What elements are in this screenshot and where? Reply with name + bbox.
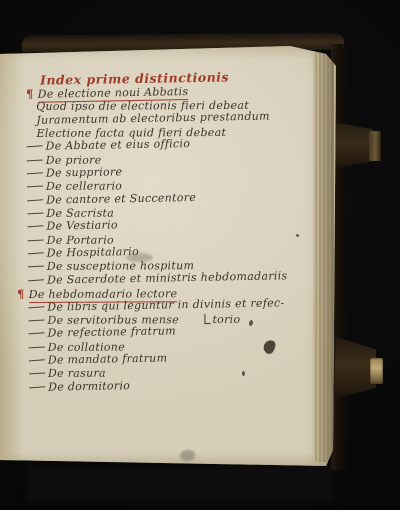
- line-text: De refectione fratrum: [47, 324, 176, 339]
- line-text: De dormitorio: [48, 379, 130, 394]
- line-lead-dash: [28, 252, 44, 254]
- line-lead-dash: [27, 199, 43, 201]
- line-lead-dash: [29, 346, 45, 348]
- book-clasp-upper: [333, 122, 383, 168]
- line-lead-dash: [27, 186, 43, 188]
- line-lead-dash: [28, 279, 44, 281]
- line-text: De suppriore: [46, 165, 123, 179]
- line-lead-dash: [27, 159, 43, 161]
- manuscript-photo: Index prime distinctionis ¶De electione …: [0, 0, 400, 510]
- clasp-metal-fitting: [369, 131, 381, 161]
- line-text: De mandato fratrum: [48, 351, 168, 366]
- line-lead-dash: [29, 386, 45, 388]
- line-text: De Vestiario: [46, 219, 118, 233]
- line-text: De Hospitalario: [47, 245, 139, 260]
- line-lead-dash: [29, 332, 45, 334]
- line-lead-dash: [28, 319, 44, 321]
- line-lead-dash: [28, 266, 44, 268]
- line-lead-dash: [27, 172, 43, 174]
- clasp-metal-fitting: [370, 358, 383, 384]
- book-shadow: [26, 466, 334, 502]
- text-lines: ¶De electione noui AbbatisQuod ipso die …: [26, 84, 333, 394]
- gray-stain: [180, 450, 195, 461]
- line-lead-dash: [28, 239, 44, 241]
- clasp-strap: [333, 122, 373, 168]
- line-text: De collatione: [48, 340, 125, 353]
- line-lead-dash: [27, 226, 43, 228]
- line-lead-dash: [29, 373, 45, 375]
- line-text: De Abbate et eius officio: [46, 137, 191, 153]
- pilcrow-mark: ¶: [17, 287, 25, 301]
- line-lead-dash: [27, 146, 43, 148]
- line-text: De rasura: [48, 367, 106, 380]
- line-text: De cantore et Succentore: [46, 191, 196, 207]
- pilcrow-mark: ¶: [26, 87, 34, 101]
- line-text: De priore: [46, 153, 102, 166]
- line-text: De cellerario: [46, 180, 122, 193]
- insertion-bracket: [204, 314, 210, 324]
- line-lead-dash: [29, 359, 45, 361]
- line-lead-dash: [28, 306, 44, 308]
- manuscript-page: Index prime distinctionis ¶De electione …: [0, 46, 336, 472]
- book-clasp-lower: [334, 337, 386, 399]
- line-lead-dash: [27, 213, 43, 215]
